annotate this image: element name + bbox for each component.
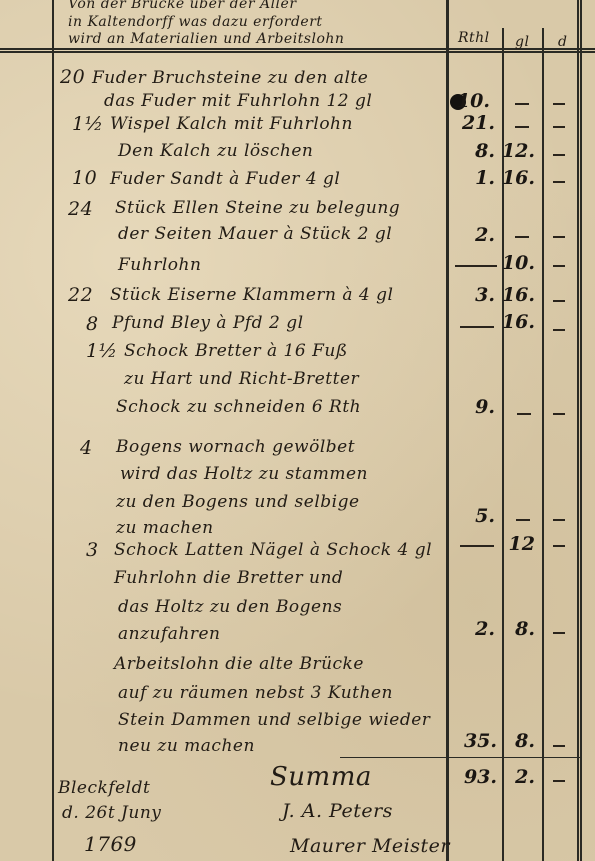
entry-text: Pfund Bley à Pfd 2 gl bbox=[112, 313, 304, 333]
date-year: 1769 bbox=[84, 832, 137, 856]
column-header-gl: gl bbox=[515, 34, 529, 50]
entry-rthl-dash bbox=[460, 545, 494, 547]
header-rule-top bbox=[0, 48, 595, 50]
total-d-dash bbox=[553, 780, 565, 782]
gl-d-divider bbox=[542, 28, 544, 861]
total-rule bbox=[340, 757, 580, 758]
entry-gl-dash bbox=[515, 103, 529, 105]
entry-text: Schock Latten Nägel à Schock 4 gl bbox=[114, 540, 432, 560]
right-double-line-a bbox=[577, 0, 579, 861]
entry-qty: 3 bbox=[86, 539, 99, 561]
column-header-d: d bbox=[558, 34, 567, 50]
entry-d-dash bbox=[553, 265, 565, 267]
entry-rthl-dash bbox=[460, 326, 494, 328]
entry-d-dash bbox=[553, 632, 565, 634]
entry-text: zu machen bbox=[116, 518, 214, 538]
entry-gl-dash bbox=[515, 126, 529, 128]
entry-rthl: 9. bbox=[475, 396, 495, 418]
column-header-rthl: Rthl bbox=[458, 30, 490, 46]
amount-column-divider bbox=[446, 0, 449, 861]
place-name: Bleckfeldt bbox=[58, 778, 150, 798]
entry-text: zu Hart und Richt-Bretter bbox=[124, 369, 359, 389]
entry-gl: 12. bbox=[502, 140, 535, 162]
entry-qty: 10 bbox=[72, 167, 97, 189]
entry-rthl: 35. bbox=[464, 730, 497, 752]
entry-d-dash bbox=[553, 545, 565, 547]
entry-text: Fuder Sandt à Fuder 4 gl bbox=[110, 169, 340, 189]
entry-d-dash bbox=[553, 103, 565, 105]
entry-gl: 8. bbox=[515, 730, 535, 752]
entry-text: Den Kalch zu löschen bbox=[118, 141, 313, 161]
entry-d-dash bbox=[553, 154, 565, 156]
entry-qty: 22 bbox=[68, 284, 93, 306]
right-double-line-b bbox=[580, 0, 582, 861]
entry-text: Schock Bretter à 16 Fuß bbox=[124, 341, 348, 361]
entry-text: neu zu machen bbox=[118, 736, 255, 756]
entry-d-dash bbox=[553, 413, 565, 415]
entry-d-dash bbox=[553, 745, 565, 747]
entry-qty: 4 bbox=[80, 437, 93, 459]
entry-rthl: 3. bbox=[475, 284, 495, 306]
total-rthl: 93. bbox=[464, 766, 497, 788]
entry-qty: 20 bbox=[60, 66, 85, 88]
date-day-month: d. 26t Juny bbox=[62, 803, 161, 823]
entry-d-dash bbox=[553, 126, 565, 128]
header-line: in Kaltendorff was dazu erfordert bbox=[68, 14, 323, 30]
header-rule-bottom bbox=[0, 51, 595, 53]
entry-d-dash bbox=[553, 236, 565, 238]
left-margin-line bbox=[52, 0, 54, 861]
entry-gl-dash bbox=[517, 413, 531, 415]
entry-text: anzufahren bbox=[118, 624, 221, 644]
entry-gl: 10. bbox=[502, 252, 535, 274]
signature-name: J. A. Peters bbox=[282, 800, 393, 822]
entry-text: wird das Holtz zu stammen bbox=[120, 464, 368, 484]
total-label: Summa bbox=[270, 762, 372, 792]
entry-rthl: 2. bbox=[475, 618, 495, 640]
entry-gl: 12 bbox=[509, 533, 535, 555]
entry-gl: 8. bbox=[515, 618, 535, 640]
entry-text: das Fuder mit Fuhrlohn 12 gl bbox=[104, 91, 372, 111]
entry-rthl: 21. bbox=[462, 112, 495, 134]
entry-text: Fuhrlohn bbox=[118, 255, 201, 275]
entry-qty: 8 bbox=[86, 313, 99, 335]
signature-title: Maurer Meister bbox=[290, 835, 450, 857]
header-line: wird an Materialien und Arbeitslohn bbox=[68, 31, 344, 47]
total-gl: 2. bbox=[515, 766, 535, 788]
entry-qty: 1½ bbox=[72, 113, 104, 135]
entry-text: Fuder Bruchsteine zu den alte bbox=[92, 68, 368, 88]
entry-text: zu den Bogens und selbige bbox=[116, 492, 360, 512]
entry-gl: 16. bbox=[502, 311, 535, 333]
entry-rthl: 8. bbox=[475, 140, 495, 162]
entry-d-dash bbox=[553, 329, 565, 331]
entry-text: das Holtz zu den Bogens bbox=[118, 597, 342, 617]
entry-rthl: 2. bbox=[475, 224, 495, 246]
entry-qty: 1½ bbox=[86, 340, 118, 362]
entry-text: Stück Eiserne Klammern à 4 gl bbox=[110, 285, 393, 305]
entry-d-dash bbox=[553, 181, 565, 183]
entry-text: auf zu räumen nebst 3 Kuthen bbox=[118, 683, 393, 703]
header-line: Von der Brücke über der Aller bbox=[68, 0, 297, 12]
entry-text: Stein Dammen und selbige wieder bbox=[118, 710, 430, 730]
entry-text: Wispel Kalch mit Fuhrlohn bbox=[110, 114, 353, 134]
entry-gl-dash bbox=[516, 519, 530, 521]
entry-rthl: 10. bbox=[457, 90, 490, 112]
entry-text: Schock zu schneiden 6 Rth bbox=[116, 397, 361, 417]
entry-text: Bogens wornach gewölbet bbox=[116, 437, 355, 457]
entry-gl: 16. bbox=[502, 167, 535, 189]
entry-text: Stück Ellen Steine zu belegung bbox=[115, 198, 400, 218]
entry-qty: 24 bbox=[68, 198, 93, 220]
entry-text: der Seiten Mauer à Stück 2 gl bbox=[118, 224, 392, 244]
entry-d-dash bbox=[553, 300, 565, 302]
entry-text: Arbeitslohn die alte Brücke bbox=[114, 654, 364, 674]
entry-rthl: 1. bbox=[475, 167, 495, 189]
entry-text: Fuhrlohn die Bretter und bbox=[114, 568, 343, 588]
entry-rthl: 5. bbox=[475, 505, 495, 527]
entry-gl: 16. bbox=[502, 284, 535, 306]
entry-d-dash bbox=[553, 519, 565, 521]
entry-gl-dash bbox=[515, 236, 529, 238]
entry-rthl-dash bbox=[455, 265, 497, 267]
